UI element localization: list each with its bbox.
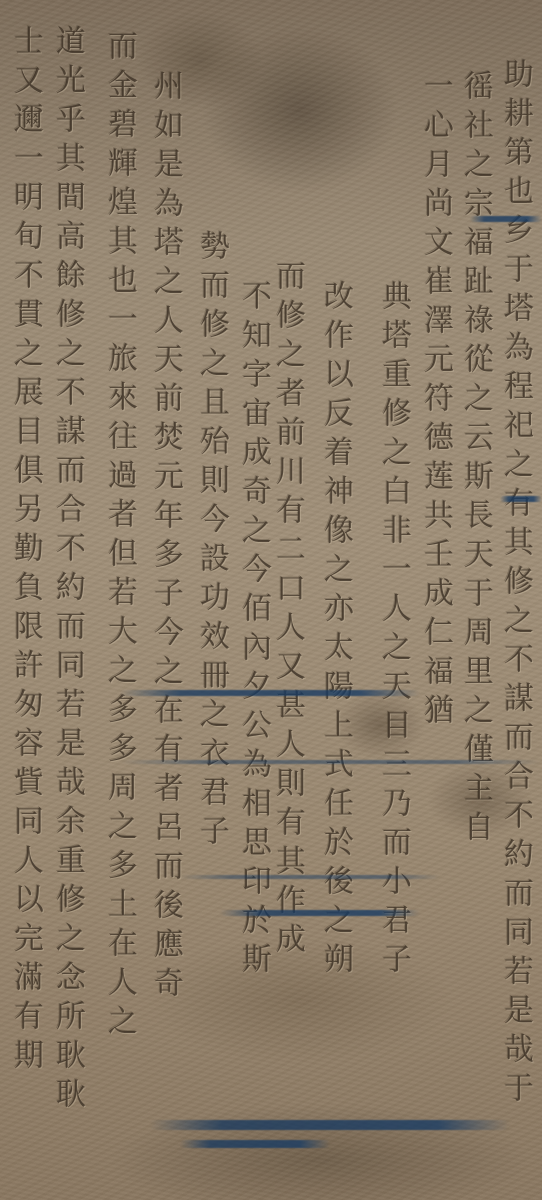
stone-stele-photo: 助耕第也乡于塔為程祀之有其修之不謀而合不約而同若是哉于 徭社之宗福趾祿從之云斯長… (0, 0, 542, 1200)
blue-stain (120, 760, 540, 764)
inscription-column-12: 士又邇一明旬不貫之展目俱另勤負限許匆容貲同人以完滿有期 (10, 25, 40, 1078)
blue-stain (220, 910, 420, 916)
blue-stain (150, 1120, 510, 1130)
blue-stain (180, 1140, 330, 1148)
inscription-column-9: 州如是為塔之人天前焚元年多子今之在有者呂而後應奇 (150, 70, 180, 1006)
blue-stain (180, 875, 440, 879)
blue-stain (120, 690, 420, 696)
blue-stain (470, 216, 542, 222)
inscription-column-6: 而修之者前川有二口人又甚人則有其作成 (272, 260, 302, 962)
inscription-column-3: 一心月尚文崔澤元符德莲共壬成仁福猶 (420, 70, 450, 733)
inscription-column-11: 道光乎其間高餘修之不謀而合不約而同若是哉余重修之念所耿耿 (52, 25, 82, 1117)
inscription-column-2: 徭社之宗福趾祿從之云斯長天于周里之僅主自 (460, 70, 490, 850)
blue-stain (500, 496, 542, 502)
inscription-column-10: 而金碧輝煌其也一旅來往過者但若大之多多周之多土在人之 (104, 30, 134, 1044)
